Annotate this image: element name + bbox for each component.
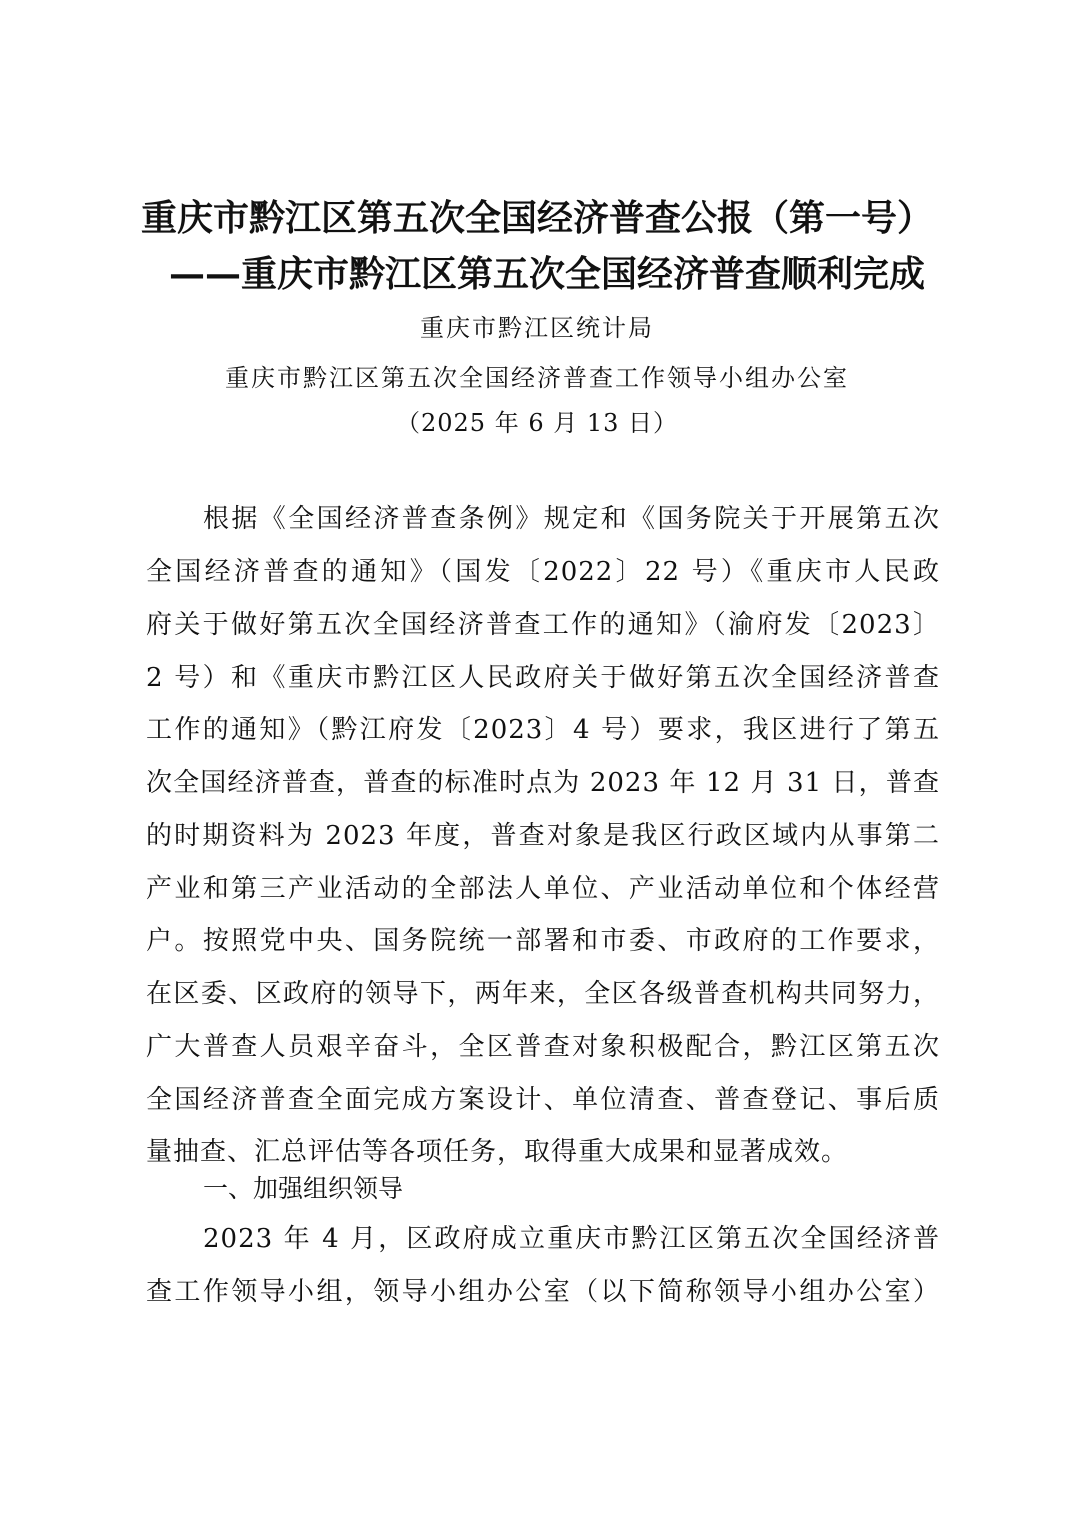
paragraph-line: 2023 年 4 月，区政府成立重庆市黔江区第五次全国经济普: [203, 1222, 940, 1256]
title-line-2: ——重庆市黔江区第五次全国经济普查顺利完成: [10, 252, 1074, 296]
issuer-census-office: 重庆市黔江区第五次全国经济普查工作领导小组办公室: [0, 362, 1074, 394]
paragraph-line: 工作的通知》（黔江府发〔2023〕4 号）要求，我区进行了第五: [146, 713, 940, 747]
paragraph-line: 的时期资料为 2023 年度，普查对象是我区行政区域内从事第二: [146, 819, 940, 853]
paragraph-line: 在区委、区政府的领导下，两年来，全区各级普查机构共同努力，: [146, 977, 940, 1011]
paragraph-line: 全国经济普查的通知》（国发〔2022〕22 号）《重庆市人民政: [146, 555, 940, 589]
paragraph-line: 查工作领导小组，领导小组办公室（以下简称领导小组办公室）: [146, 1275, 940, 1309]
paragraph-line: 户。按照党中央、国务院统一部署和市委、市政府的工作要求，: [146, 924, 940, 958]
paragraph-line: 2 号）和《重庆市黔江区人民政府关于做好第五次全国经济普查: [146, 661, 940, 695]
paragraph-line: 次全国经济普查，普查的标准时点为 2023 年 12 月 31 日，普查: [146, 766, 940, 800]
paragraph-line: 产业和第三产业活动的全部法人单位、产业活动单位和个体经营: [146, 872, 940, 906]
section-heading-1: 一、加强组织领导: [203, 1172, 403, 1206]
paragraph-line: 广大普查人员艰辛奋斗，全区普查对象积极配合，黔江区第五次: [146, 1030, 940, 1064]
title-line-1: 重庆市黔江区第五次全国经济普查公报（第一号）: [0, 196, 1074, 240]
paragraph-line: 府关于做好第五次全国经济普查工作的通知》（渝府发〔2023〕: [146, 608, 940, 642]
paragraph-line: 全国经济普查全面完成方案设计、单位清查、普查登记、事后质: [146, 1083, 940, 1117]
publication-date: （2025 年 6 月 13 日）: [0, 407, 1074, 439]
document-page: 重庆市黔江区第五次全国经济普查公报（第一号） ——重庆市黔江区第五次全国经济普查…: [0, 0, 1074, 1520]
paragraph-line: 根据《全国经济普查条例》规定和《国务院关于开展第五次: [203, 502, 940, 536]
issuer-statistics-bureau: 重庆市黔江区统计局: [0, 312, 1074, 344]
paragraph-line: 量抽查、汇总评估等各项任务，取得重大成果和显著成效。: [146, 1135, 940, 1169]
